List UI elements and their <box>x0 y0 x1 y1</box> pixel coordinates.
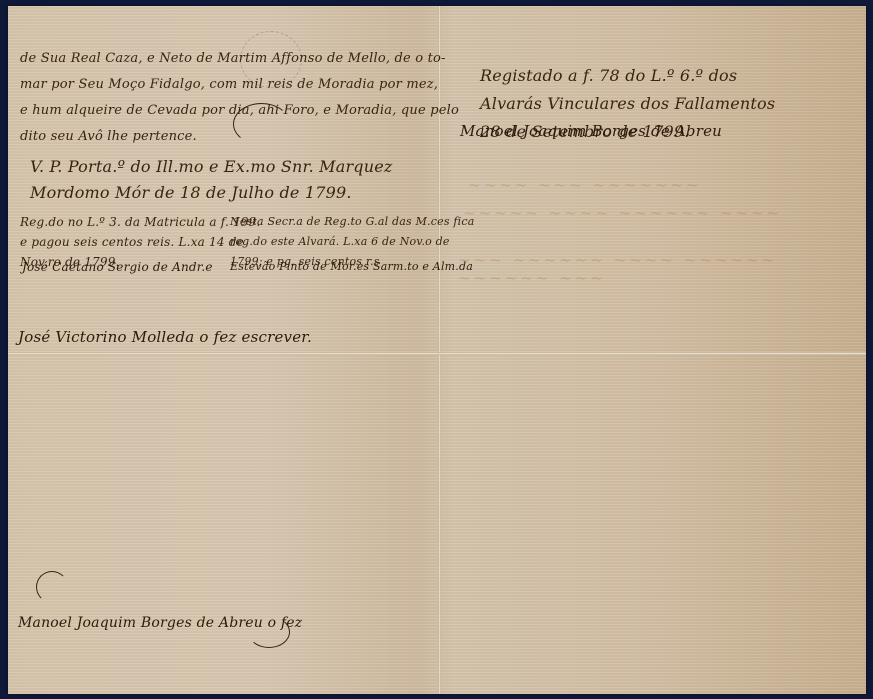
ink-bleed-through: ~~~ ~~~~~~ ~~~~ ~~~~~~ ~~~~~~ ~~~ <box>458 251 866 287</box>
flourish-decoration <box>36 571 68 603</box>
registry-line: Nesta Secr.a de Reg.to G.al das M.ces fi… <box>230 212 474 232</box>
registry-line: Registado a f. 78 do L.º 6.º dos <box>480 62 775 90</box>
registry-line: Alvarás Vinculares dos Fallamentos <box>480 90 775 118</box>
scribe-line: José Victorino Molleda o fez escrever. <box>18 324 312 350</box>
right-signature: Manoel Joaquim Borges de Abreu <box>460 118 722 144</box>
office-note-line: V. P. Porta.º do Ill.mo e Ex.mo Snr. Mar… <box>30 154 393 180</box>
ink-bleed-through: ~~~~~ ~~~~ ~~~~~~ ~~~~ <box>463 204 782 222</box>
signature-left: José Caetano Sergio de Andr.e <box>22 254 213 280</box>
registry-right: Nesta Secr.a de Reg.to G.al das M.ces fi… <box>230 192 474 312</box>
document-sheet: ~~~~ ~~~ ~~~~~~~ ~~~~~ ~~~~ ~~~~~~ ~~~~ … <box>8 6 866 694</box>
signature-right: Estevão Pinto de Mor.es Sarm.to e Alm.da <box>230 254 473 280</box>
registry-line: e pagou seis centos reis. L.xa 14 de <box>20 232 261 252</box>
body-line: mar por Seu Moço Fidalgo, com mil reis d… <box>20 72 459 98</box>
body-line: de Sua Real Caza, e Neto de Martim Affon… <box>20 46 459 72</box>
flourish-decoration <box>248 616 290 648</box>
registry-line: reg.do este Alvará. L.xa 6 de Nov.o de <box>230 232 474 252</box>
registry-left: Reg.do no L.º 3. da Matricula a f. 199.e… <box>20 192 261 312</box>
registry-line: Reg.do no L.º 3. da Matricula a f. 199. <box>20 212 261 232</box>
horizontal-fold-line <box>8 352 866 355</box>
